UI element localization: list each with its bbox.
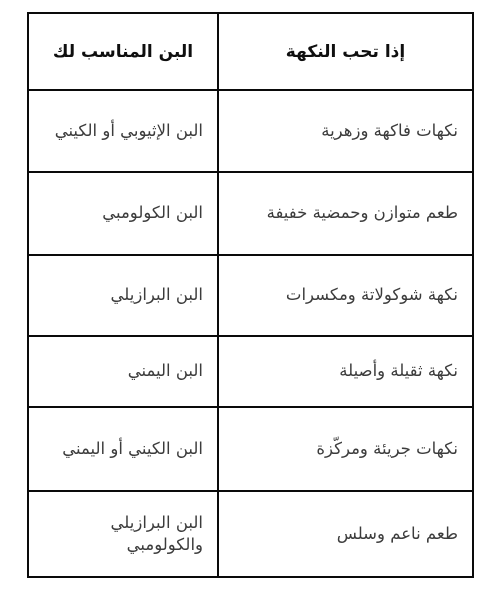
header-row: إذا تحب النكهة البن المناسب لك — [28, 13, 473, 90]
flavor-cell: نكهات فاكهة وزهرية — [218, 90, 473, 172]
flavor-cell: طعم متوازن وحمضية خفيفة — [218, 172, 473, 255]
table-row: طعم ناعم وسلس البن البرازيلي والكولومبي — [28, 491, 473, 577]
coffee-cell: البن الكيني أو اليمني — [28, 407, 218, 491]
coffee-cell: البن اليمني — [28, 336, 218, 407]
table-body: نكهات فاكهة وزهرية البن الإثيوبي أو الكي… — [28, 90, 473, 577]
flavor-cell: نكهة ثقيلة وأصيلة — [218, 336, 473, 407]
coffee-cell: البن البرازيلي — [28, 255, 218, 336]
flavor-cell: طعم ناعم وسلس — [218, 491, 473, 577]
table-row: نكهة شوكولاتة ومكسرات البن البرازيلي — [28, 255, 473, 336]
table-row: طعم متوازن وحمضية خفيفة البن الكولومبي — [28, 172, 473, 255]
table-row: نكهات جريئة ومركّزة البن الكيني أو اليمن… — [28, 407, 473, 491]
table-row: نكهات فاكهة وزهرية البن الإثيوبي أو الكي… — [28, 90, 473, 172]
table-row: نكهة ثقيلة وأصيلة البن اليمني — [28, 336, 473, 407]
header-cell-coffee: البن المناسب لك — [28, 13, 218, 90]
flavor-cell: نكهات جريئة ومركّزة — [218, 407, 473, 491]
coffee-cell: البن البرازيلي والكولومبي — [28, 491, 218, 577]
flavor-cell: نكهة شوكولاتة ومكسرات — [218, 255, 473, 336]
coffee-flavor-table: إذا تحب النكهة البن المناسب لك نكهات فاك… — [27, 12, 474, 578]
page: إذا تحب النكهة البن المناسب لك نكهات فاك… — [0, 0, 492, 597]
coffee-cell: البن الكولومبي — [28, 172, 218, 255]
coffee-cell: البن الإثيوبي أو الكيني — [28, 90, 218, 172]
header-cell-flavor: إذا تحب النكهة — [218, 13, 473, 90]
